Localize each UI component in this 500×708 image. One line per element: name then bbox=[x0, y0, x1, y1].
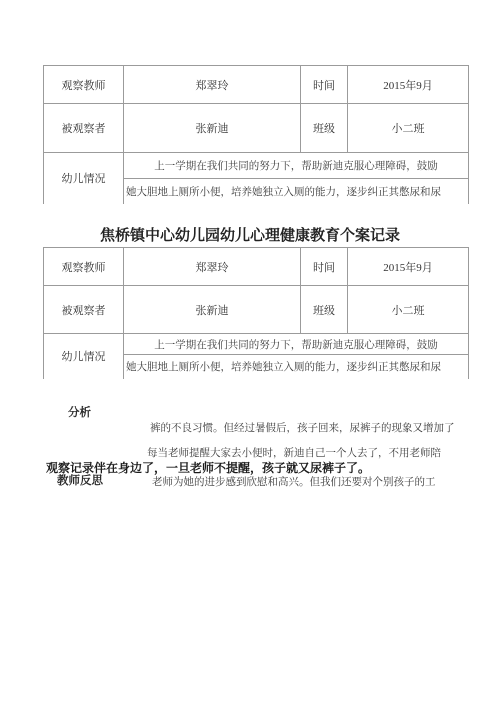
observer-label-cell: 观察教师 bbox=[44, 66, 124, 104]
table-row: 观察教师 郑翠玲 时间 2015年9月 bbox=[44, 66, 469, 104]
teacher-reflection-label: 教师反思 bbox=[57, 472, 103, 488]
observer-name-cell: 郑翠玲 bbox=[124, 248, 301, 286]
analysis-label: 分析 bbox=[68, 404, 91, 420]
observer-label-cell: 观察教师 bbox=[44, 248, 124, 286]
time-label-cell: 时间 bbox=[301, 248, 348, 286]
observed-name-cell: 张新迪 bbox=[124, 104, 301, 153]
table-row: 幼儿情况 上一学期在我们共同的努力下，帮助新迪克服心理障碍，鼓励 bbox=[44, 153, 469, 179]
situation-label-cell: 幼儿情况 bbox=[44, 334, 124, 379]
page-title: 焦桥镇中心幼儿园幼儿心理健康教育个案记录 bbox=[0, 224, 500, 245]
observer-name-cell: 郑翠玲 bbox=[124, 66, 301, 104]
class-value-cell: 小二班 bbox=[348, 104, 469, 153]
table-row: 被观察者 张新迪 班级 小二班 bbox=[44, 286, 469, 334]
class-label-cell: 班级 bbox=[301, 104, 348, 153]
situation-line1-cell: 上一学期在我们共同的努力下，帮助新迪克服心理障碍，鼓励 bbox=[124, 334, 469, 355]
time-label-cell: 时间 bbox=[301, 66, 348, 104]
analysis-text-line-1: 裤的不良习惯。但经过暑假后，孩子回来，尿裤子的现象又增加了 bbox=[150, 420, 455, 435]
class-label-cell: 班级 bbox=[301, 286, 348, 334]
observed-label-cell: 被观察者 bbox=[44, 104, 124, 153]
observed-name-cell: 张新迪 bbox=[124, 286, 301, 334]
observed-label-cell: 被观察者 bbox=[44, 286, 124, 334]
situation-line1-cell: 上一学期在我们共同的努力下，帮助新迪克服心理障碍，鼓励 bbox=[124, 153, 469, 179]
record-table-1: 观察教师 郑翠玲 时间 2015年9月 被观察者 张新迪 班级 小二班 幼儿情况… bbox=[43, 65, 469, 204]
table-row: 被观察者 张新迪 班级 小二班 bbox=[44, 104, 469, 153]
record-table-2: 观察教师 郑翠玲 时间 2015年9月 被观察者 张新迪 班级 小二班 幼儿情况… bbox=[43, 247, 469, 379]
time-value-cell: 2015年9月 bbox=[348, 66, 469, 104]
situation-label-cell: 幼儿情况 bbox=[44, 153, 124, 204]
table-row: 观察教师 郑翠玲 时间 2015年9月 bbox=[44, 248, 469, 286]
situation-line2-cell: 她大胆地上厕所小便，培养她独立入厕的能力，逐步纠正其憋尿和尿 bbox=[124, 355, 469, 379]
analysis-text-line-2: 每当老师提醒大家去小便时，新迪自己一个人去了，不用老师陪 bbox=[147, 445, 441, 460]
time-value-cell: 2015年9月 bbox=[348, 248, 469, 286]
document-page: 观察教师 郑翠玲 时间 2015年9月 被观察者 张新迪 班级 小二班 幼儿情况… bbox=[0, 0, 500, 708]
situation-line2-cell: 她大胆地上厕所小便，培养她独立入厕的能力，逐步纠正其憋尿和尿 bbox=[124, 179, 469, 204]
table-row: 幼儿情况 上一学期在我们共同的努力下，帮助新迪克服心理障碍，鼓励 bbox=[44, 334, 469, 355]
teacher-reflection-text: 老师为她的进步感到欣慰和高兴。但我们还要对个别孩子的工 bbox=[152, 474, 436, 489]
observation-record-text: 伴在身边了，一旦老师不提醒，孩子就又尿裤子了。 bbox=[94, 461, 370, 475]
class-value-cell: 小二班 bbox=[348, 286, 469, 334]
